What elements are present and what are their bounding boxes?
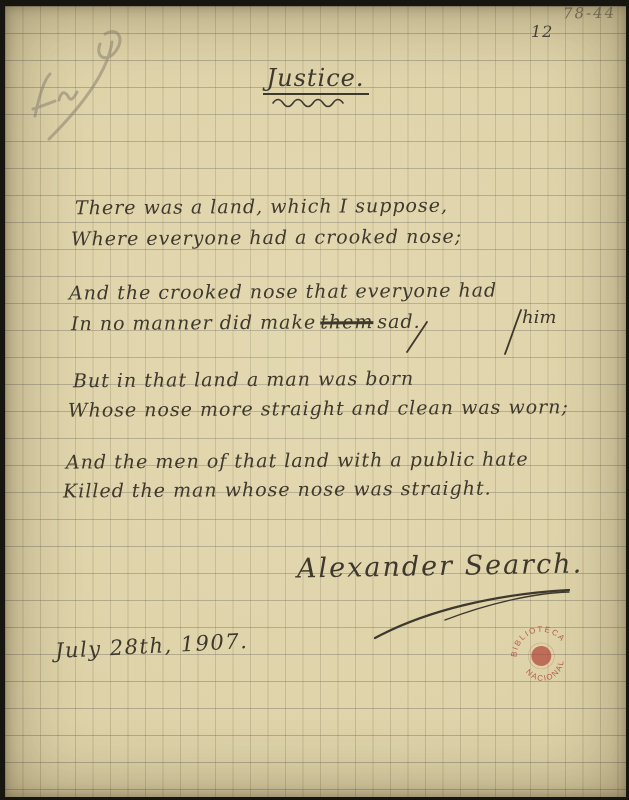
poem-line: And the crooked nose that everyone had (69, 280, 497, 305)
archival-code: 78-44 (563, 4, 617, 23)
poem-line: But in that land a man was born (73, 368, 414, 392)
struck-word: them (320, 311, 373, 333)
poem-line: Where everyone had a crooked nose; (71, 226, 462, 251)
author-signature: Alexander Search. (297, 549, 584, 585)
manuscript-scan: 78-44 12 Justice. There was a land, whic… (0, 0, 629, 800)
ruled-paper: 78-44 12 Justice. There was a land, whic… (5, 6, 626, 797)
poem-title: Justice. (263, 64, 369, 95)
deletion-slash (401, 320, 431, 354)
poem-line: There was a land, which I suppose, (75, 195, 448, 220)
poem-line: Whose nose more straight and clean was w… (68, 396, 569, 421)
page-number: 12 (531, 22, 553, 41)
stamp-center-emblem (529, 643, 554, 668)
poem-line: In no manner did makethemsad. (71, 311, 421, 335)
pencil-scrawl-mark (19, 24, 134, 149)
poem-line: Killed the man whose nose was straight. (63, 478, 492, 503)
insertion-slash (501, 306, 523, 358)
line-text-pre: In no manner did make (71, 312, 316, 336)
manuscript-date: July 28th, 1907. (55, 629, 249, 663)
title-squiggle (271, 97, 345, 107)
poem-line: And the men of that land with a public h… (66, 448, 529, 473)
margin-correction: him (522, 307, 556, 328)
